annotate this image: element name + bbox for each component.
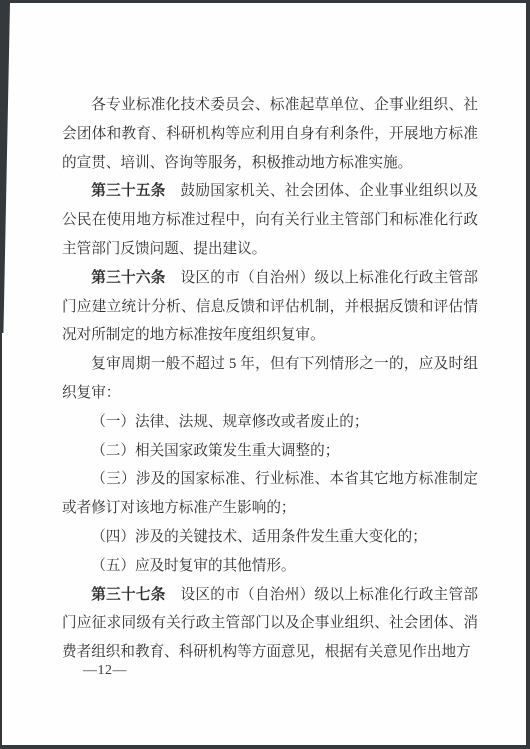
review-item-2: （二）相关国家政策发生重大调整的； [62,437,478,466]
scanned-document-viewport: 各专业标准化技术委员会、标准起草单位、企事业组织、社会团体和教育、科研机构等应利… [0,0,530,749]
review-item-3: （三）涉及的国家标准、行业标准、本省其它地方标准制定或者修订对该地方标准产生影响… [62,465,478,523]
page-number: —12— [83,663,127,679]
article-36-number: 第三十六条 [91,270,165,286]
article-37-paragraph: 第三十七条 设区的市（自治州）级以上标准化行政主管部门应征求同级有关行政主管部门… [62,581,478,667]
article-36-paragraph: 第三十六条 设区的市（自治州）级以上标准化行政主管部门应建立统计分析、信息反馈和… [62,264,478,350]
article-35-number: 第三十五条 [91,183,165,199]
document-body: 各专业标准化技术委员会、标准起草单位、企事业组织、社会团体和教育、科研机构等应利… [62,91,478,667]
review-cycle-paragraph: 复审周期一般不超过 5 年，但有下列情形之一的，应及时组织复审： [62,350,478,408]
article-35-paragraph: 第三十五条 鼓励国家机关、社会团体、企业事业组织以及公民在使用地方标准过程中，向… [62,177,478,263]
body-paragraph-implementation: 各专业标准化技术委员会、标准起草单位、企事业组织、社会团体和教育、科研机构等应利… [62,91,478,177]
review-item-5: （五）应及时复审的其他情形。 [62,552,478,581]
article-37-number: 第三十七条 [91,587,165,603]
review-item-1: （一）法律、法规、规章修改或者废止的； [62,408,478,437]
scan-edge-artifact [2,3,10,333]
review-item-4: （四）涉及的关键技术、适用条件发生重大变化的； [62,523,478,552]
document-page: 各专业标准化技术委员会、标准起草单位、企事业组织、社会团体和教育、科研机构等应利… [2,3,526,745]
